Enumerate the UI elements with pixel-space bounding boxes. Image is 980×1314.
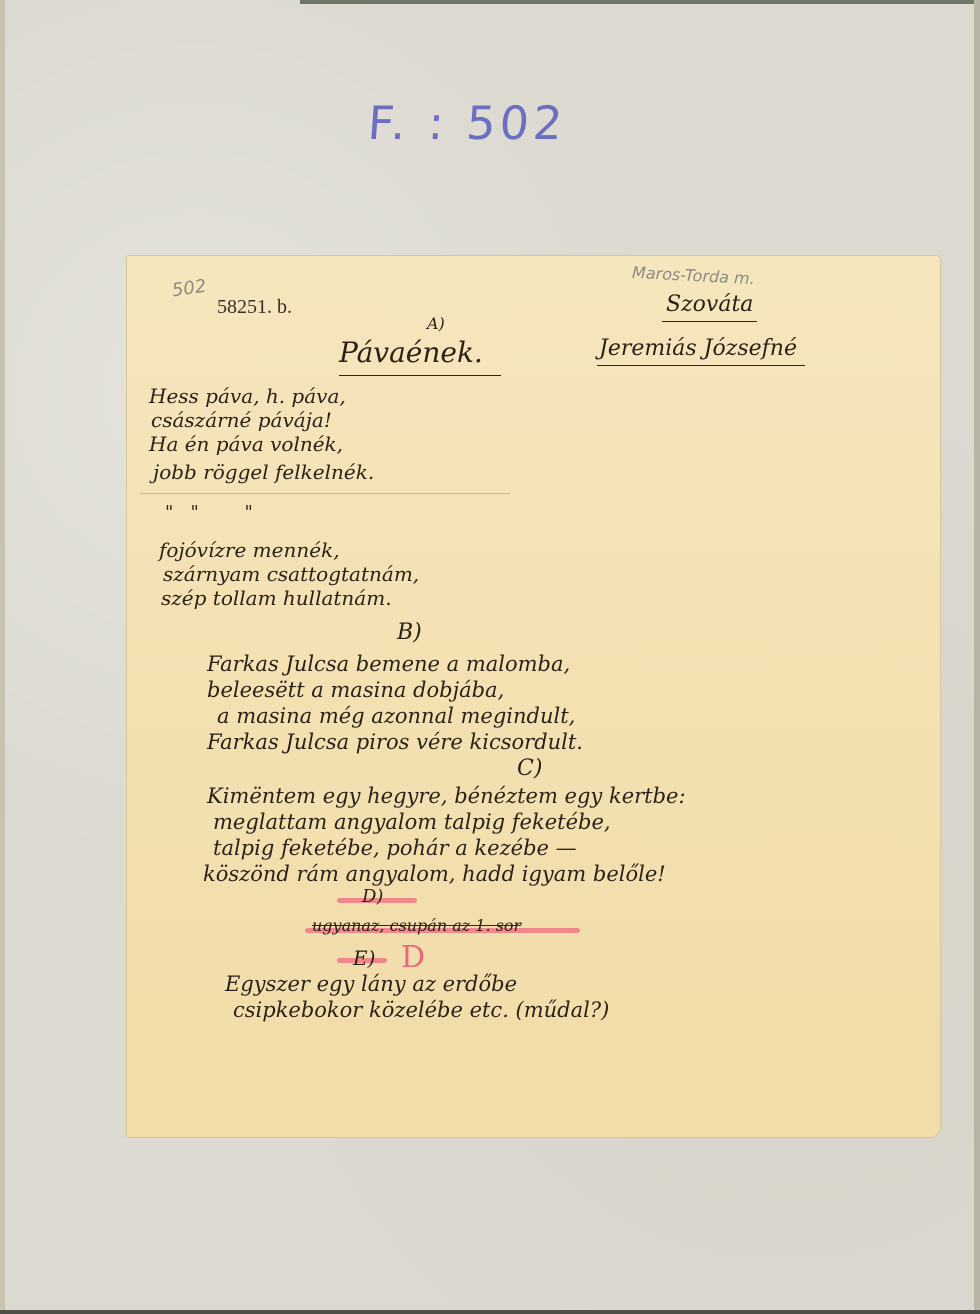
song-e-line-2: csipkebokor közelébe etc. (műdal?) — [233, 998, 609, 1022]
catalog-number: 58251. b. — [217, 296, 292, 319]
song-a-line-3: Ha én páva volnék, — [149, 432, 343, 456]
mount-edge-top — [300, 0, 980, 4]
song-d-line-1: ugyanaz, csupán az 1. sor — [312, 916, 521, 935]
mount-edge-right — [974, 0, 980, 1314]
song-c-line-4: köszönd rám angyalom, hadd igyam belőle! — [203, 862, 666, 886]
song-a-line-4: jobb röggel felkelnék. — [153, 460, 374, 484]
singer-name: Jeremiás Józsefné — [597, 336, 805, 366]
song-c-line-3: talpig feketébe, pohár a kezébe — — [213, 836, 577, 860]
song-d-label: D) — [362, 886, 383, 907]
song-a-line-1: Hess páva, h. páva, — [149, 384, 346, 408]
song-b-line-4: Farkas Julcsa piros vére kicsordult. — [207, 730, 583, 754]
song-a-line-6: szárnyam csattogtatnám, — [163, 562, 419, 586]
pencil-number: 502 — [171, 276, 208, 302]
song-a-line-5: fojóvízre mennék, — [159, 538, 340, 562]
shelfmark-label: F. : 502 — [366, 96, 568, 150]
song-a-title: Pávaének. — [339, 336, 501, 376]
county-label: Maros-Torda m. — [632, 263, 756, 288]
pencil-fold-line — [140, 493, 510, 494]
song-a-label: A) — [427, 314, 445, 333]
song-b-line-1: Farkas Julcsa bemene a malomba, — [207, 652, 570, 676]
song-e-relabel: D — [401, 940, 425, 975]
archive-mount-board: F. : 502 502 58251. b. Maros-Torda m. Sz… — [0, 0, 980, 1314]
song-e-label: E) — [353, 946, 375, 970]
song-b-label: B) — [397, 620, 422, 645]
song-c-label: C) — [517, 756, 542, 781]
song-b-line-2: beleesëtt a masina dobjába, — [207, 678, 504, 702]
mount-edge-left — [0, 0, 5, 1314]
manuscript-card: 502 58251. b. Maros-Torda m. Szováta Jer… — [127, 256, 940, 1137]
song-a-repeat-marks: " " " — [165, 502, 253, 523]
song-e-line-1: Egyszer egy lány az erdőbe — [225, 972, 517, 996]
song-a-line-2: császárné pávája! — [151, 408, 332, 432]
mount-edge-bottom — [0, 1310, 980, 1314]
song-c-line-1: Kimëntem egy hegyre, bénéztem egy kertbe… — [207, 784, 686, 808]
village-name: Szováta — [662, 292, 757, 322]
song-b-line-3: a masina még azonnal megindult, — [217, 704, 575, 728]
song-c-line-2: meglattam angyalom talpig feketébe, — [213, 810, 611, 834]
song-a-line-7: szép tollam hullatnám. — [161, 586, 392, 610]
